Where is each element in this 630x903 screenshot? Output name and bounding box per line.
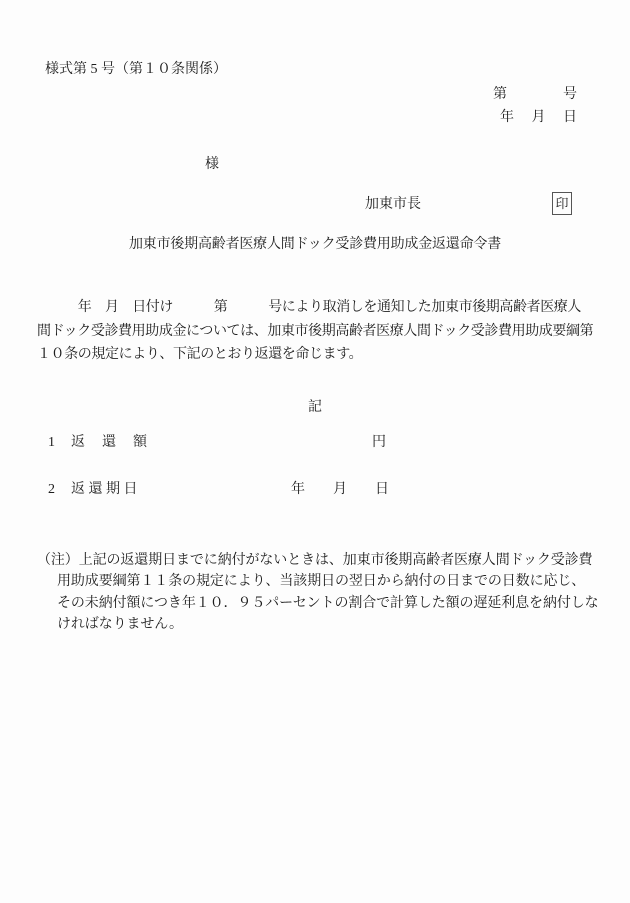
note-line: 用助成要綱第１１条の規定により、当該期日の翌日から納付の日までの日数に応じ、 (57, 575, 585, 589)
item-1-label-refund-amount: 返 還 額 (71, 436, 149, 450)
item-2-date-blanks: 年 月 日 (291, 483, 389, 497)
note-line: その未納付額につき年１０．９５パーセントの割合で計算した額の遅延利息を納付しな (57, 597, 599, 611)
addressee-honorific: 様 (205, 158, 219, 172)
item-2-number: 2 (48, 483, 55, 497)
document-page: 様式第 5 号（第１０条関係） 第 号 年 月 日 様 加東市長 印 加東市後期… (0, 0, 630, 903)
note-line: （注）上記の返還期日までに納付がないときは、加東市後期高齢者医療人間ドック受診費 (37, 554, 592, 568)
body-paragraph-line: 間ドック受診費用助成金については、加東市後期高齢者医療人間ドック受診費用助成要綱… (37, 325, 593, 339)
document-title: 加東市後期高齢者医療人間ドック受診費用助成金返還命令書 (0, 238, 630, 252)
document-ref-number-line: 第 号 (493, 88, 577, 102)
item-1-unit-yen: 円 (372, 436, 386, 450)
seal-placeholder-box: 印 (552, 192, 572, 215)
body-paragraph-line: １０条の規定により、下記のとおり返還を命じます。 (37, 348, 362, 362)
section-marker: 記 (0, 401, 630, 415)
note-line: ければなりません。 (57, 618, 183, 632)
item-1-number: 1 (48, 436, 55, 450)
body-paragraph-line: 年 月 日付け 第 号により取消しを通知した加東市後期高齢者医療人 (37, 301, 581, 315)
issuer-name: 加東市長 (365, 198, 421, 212)
issue-date-line: 年 月 日 (500, 111, 577, 125)
form-number-label: 様式第 5 号（第１０条関係） (45, 63, 227, 77)
item-2-label-refund-due-date: 返 還 期 日 (71, 483, 138, 497)
